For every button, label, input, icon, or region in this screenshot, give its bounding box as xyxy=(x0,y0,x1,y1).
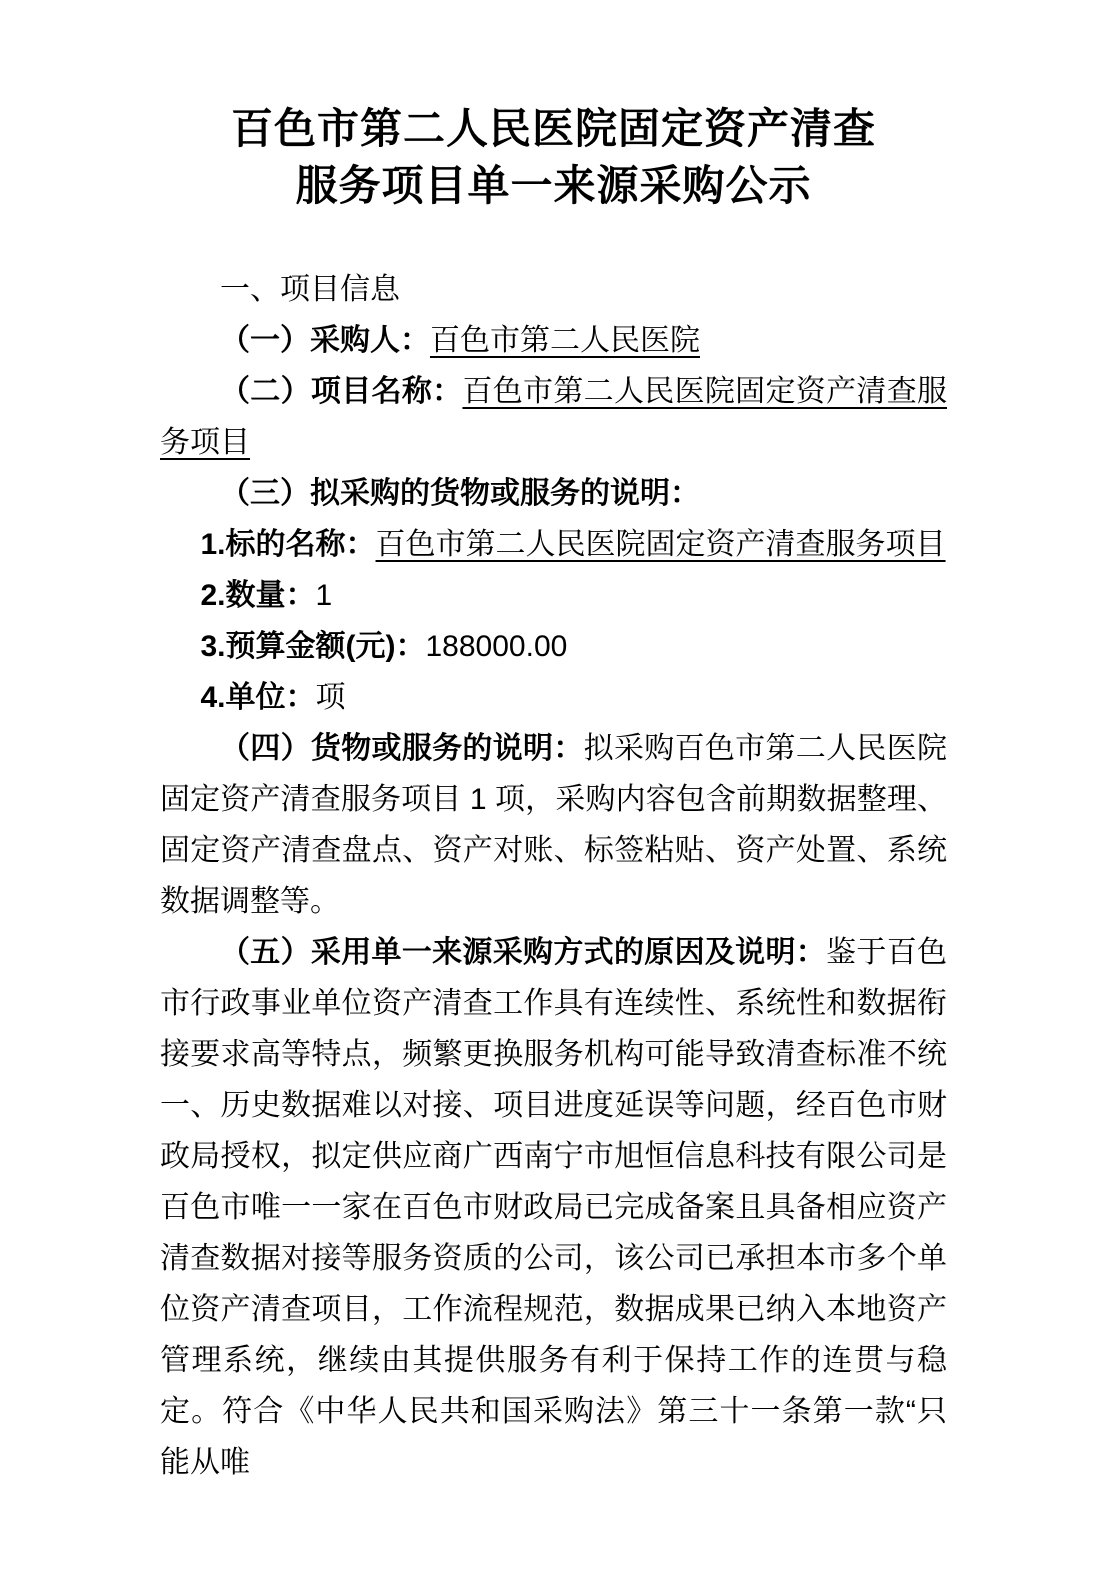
buyer-label: （一）采购人： xyxy=(220,324,430,357)
paragraph-quantity: 2.数量：1 xyxy=(160,570,947,621)
single-source-reason-text: 鉴于百色市行政事业单位资产清查工作具有连续性、系统性和数据衔接要求高等特点，频繁… xyxy=(160,936,947,1479)
section-heading-text: 一、项目信息 xyxy=(220,273,400,306)
paragraph-unit: 4.单位：项 xyxy=(160,672,947,723)
buyer-value: 百色市第二人民医院 xyxy=(430,324,700,357)
quantity-label: 2.数量： xyxy=(201,579,316,612)
single-source-reason-label: （五）采用单一来源采购方式的原因及说明： xyxy=(220,936,826,969)
unit-label: 4.单位： xyxy=(201,681,316,714)
paragraph-project-name: （二）项目名称：百色市第二人民医院固定资产清查服务项目 xyxy=(160,366,947,468)
quantity-value: 1 xyxy=(316,579,333,612)
desc-heading-text: （三）拟采购的货物或服务的说明： xyxy=(220,477,700,510)
paragraph-budget: 3.预算金额(元)：188000.00 xyxy=(160,621,947,672)
paragraph-bid-name: 1.标的名称：百色市第二人民医院固定资产清查服务项目 xyxy=(160,519,947,570)
document-title-line2: 服务项目单一来源采购公示 xyxy=(295,162,811,209)
document-title: 百色市第二人民医院固定资产清查 服务项目单一来源采购公示 xyxy=(160,100,947,214)
project-name-label: （二）项目名称： xyxy=(220,375,462,408)
bid-name-value: 百色市第二人民医院固定资产清查服务项目 xyxy=(376,528,946,561)
document-page: 百色市第二人民医院固定资产清查 服务项目单一来源采购公示 一、项目信息 （一）采… xyxy=(0,0,1110,1570)
budget-value: 188000.00 xyxy=(426,630,568,663)
unit-value: 项 xyxy=(316,681,346,714)
section-heading-project-info: 一、项目信息 xyxy=(160,264,947,315)
goods-description-label: （四）货物或服务的说明： xyxy=(220,732,584,765)
document-body: 一、项目信息 （一）采购人：百色市第二人民医院 （二）项目名称：百色市第二人民医… xyxy=(160,264,947,1488)
budget-label: 3.预算金额(元)： xyxy=(201,630,426,663)
paragraph-goods-description: （四）货物或服务的说明：拟采购百色市第二人民医院固定资产清查服务项目 1 项，采… xyxy=(160,723,947,927)
paragraph-buyer: （一）采购人：百色市第二人民医院 xyxy=(160,315,947,366)
bid-name-label: 1.标的名称： xyxy=(201,528,376,561)
paragraph-single-source-reason: （五）采用单一来源采购方式的原因及说明：鉴于百色市行政事业单位资产清查工作具有连… xyxy=(160,927,947,1488)
paragraph-desc-heading: （三）拟采购的货物或服务的说明： xyxy=(160,468,947,519)
document-title-line1: 百色市第二人民医院固定资产清查 xyxy=(231,105,876,152)
